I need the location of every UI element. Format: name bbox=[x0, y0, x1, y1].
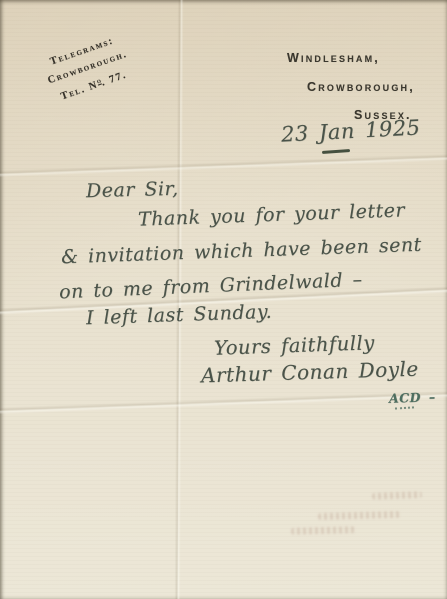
fold-crease-upper bbox=[0, 153, 447, 177]
body-line-1: Thank you for your letter bbox=[138, 199, 406, 230]
body-line-4: I left last Sunday. bbox=[86, 301, 273, 329]
stamp-tel-suffix: . 77. bbox=[100, 70, 129, 89]
letterhead-line-crowborough: Crowborough, bbox=[307, 80, 415, 94]
body-line-2: & invitation which have been sent bbox=[61, 234, 422, 269]
telegrams-stamp: Telegrams: Crowborough. Tel. No. 77. bbox=[9, 19, 166, 118]
handwritten-date: 23 Jan 1925 bbox=[280, 115, 421, 146]
stamp-tel-prefix: Tel. N bbox=[60, 79, 100, 102]
bleedthrough-mark bbox=[318, 511, 400, 520]
scanned-letter-page: Telegrams: Crowborough. Tel. No. 77. Win… bbox=[0, 0, 447, 599]
valediction: Yours faithfully bbox=[214, 331, 375, 360]
bleedthrough-mark bbox=[372, 491, 422, 500]
fold-crease-lower bbox=[0, 390, 447, 414]
date-underline-stroke bbox=[322, 149, 350, 154]
fold-crease-vertical bbox=[174, 0, 183, 599]
body-line-3: on to me from Grindelwald – bbox=[59, 269, 363, 304]
signature-arthur-conan-doyle: Arthur Conan Doyle bbox=[201, 357, 419, 388]
initials-flourish bbox=[395, 406, 414, 409]
letterhead-line-windlesham: Windlesham, bbox=[287, 51, 380, 65]
initials-monogram: ACD – bbox=[389, 389, 436, 406]
salutation: Dear Sir, bbox=[86, 178, 179, 202]
bleedthrough-mark bbox=[291, 526, 355, 535]
